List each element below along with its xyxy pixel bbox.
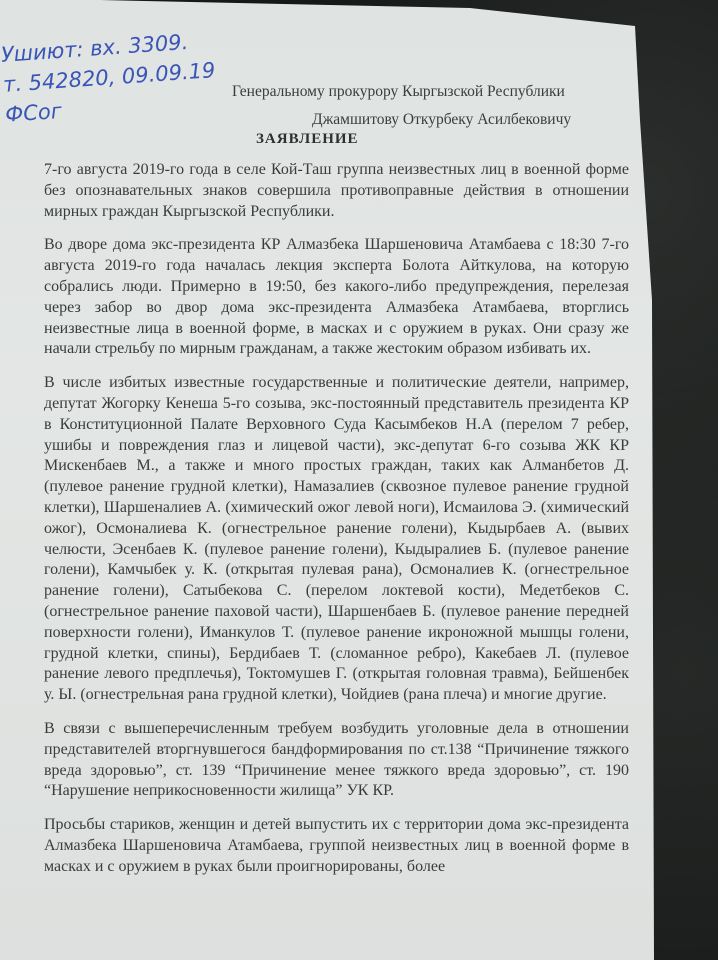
paragraph-event-description: Во дворе дома экс-президента КР Алмазбек… xyxy=(44,235,629,360)
paragraph-demand: В связи с вышеперечисленным требуем возб… xyxy=(44,719,629,802)
document-title: ЗАЯВЛЕНИЕ xyxy=(256,131,359,148)
addressee-line-1: Генеральному прокурору Кыргызской Респуб… xyxy=(232,78,632,106)
handwritten-registration-note: Ушиют: вх. 3309. т. 542820, 09.09.19 ФСо… xyxy=(0,24,236,130)
paragraph-victims-list: В числе избитых известные государственны… xyxy=(44,373,629,706)
paragraph-incident: 7-го августа 2019-го года в селе Кой-Таш… xyxy=(44,160,629,222)
addressee-block: Генеральному прокурору Кыргызской Респуб… xyxy=(232,78,632,134)
paragraph-requests-ignored: Просьбы стариков, женщин и детей выпусти… xyxy=(44,815,629,877)
addressee-line-2: Джамшитову Откурбеку Асилбековичу xyxy=(232,106,632,134)
document-body: 7-го августа 2019-го года в селе Кой-Таш… xyxy=(44,160,629,878)
document-page: Ушиют: вх. 3309. т. 542820, 09.09.19 ФСо… xyxy=(0,0,718,960)
